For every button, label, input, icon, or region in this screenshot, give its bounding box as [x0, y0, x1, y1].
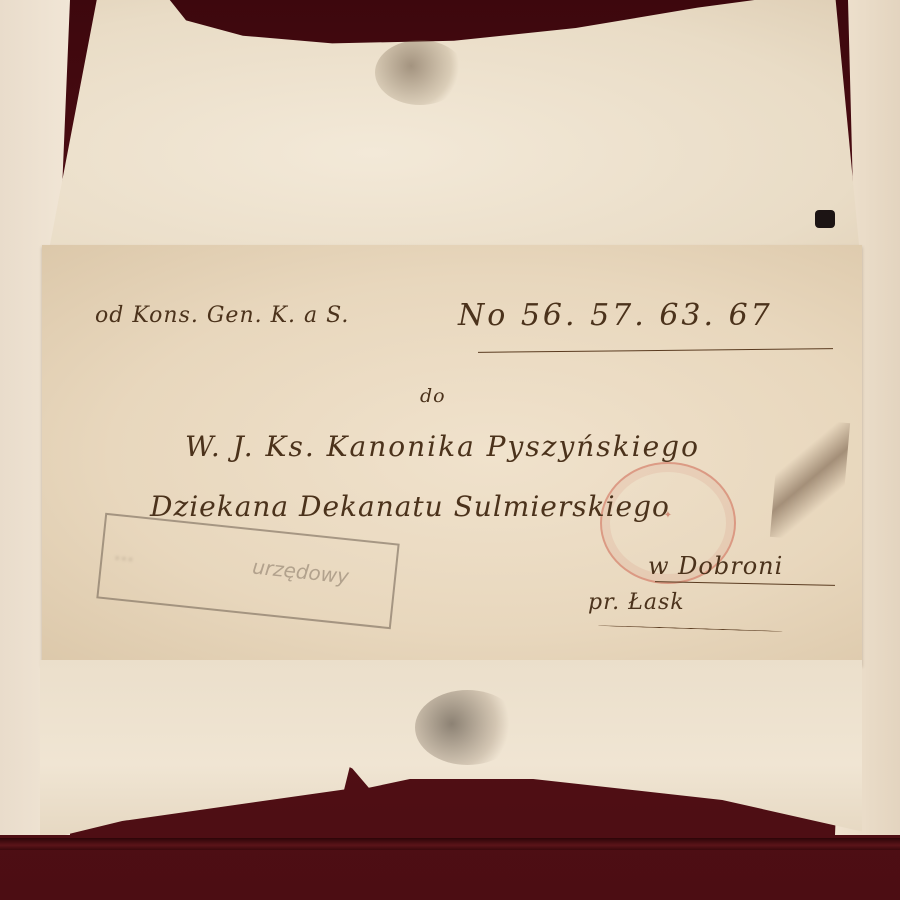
wax-seal-residue-top — [375, 40, 465, 105]
box-stamp-text-left: … — [114, 540, 136, 566]
table-molding — [0, 838, 900, 850]
paper-hole — [815, 210, 835, 228]
wax-seal-residue-bottom — [415, 690, 520, 765]
sender-note: od Kons. Gen. K. a S. — [95, 303, 349, 328]
address-line-recipient: W. J. Ks. Kanonika Pyszyńskiego — [185, 430, 700, 463]
address-line-town: w Dobroni — [648, 552, 783, 580]
address-line-post-via: pr. Łask — [588, 590, 685, 615]
address-line-title: Dziekana Dekanatu Sulmierskiego — [150, 490, 670, 523]
box-stamp-text-right: urzędowy — [251, 555, 350, 589]
reference-numbers: No 56. 57. 63. 67 — [458, 298, 773, 333]
ink-smudge — [770, 417, 850, 543]
salutation: do — [420, 385, 446, 407]
